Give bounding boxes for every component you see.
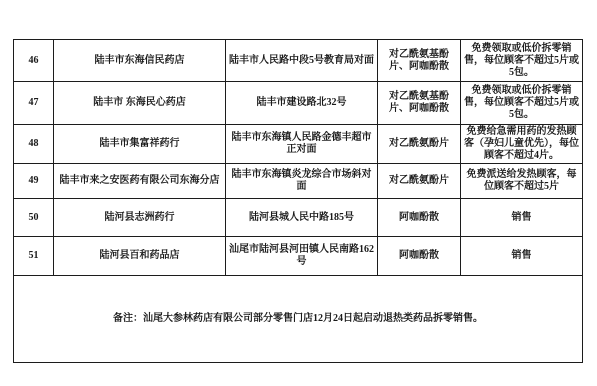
- drug-cell: 阿咖酚散: [378, 199, 461, 237]
- table-row: 50 陆河县志洲药行 陆河县城人民中路185号 阿咖酚散 销售: [14, 199, 583, 237]
- table-row: 48 陆丰市集富祥药行 陆丰市东海镇人民路金德丰超市正对面 对乙酰氨酚片 免费给…: [14, 125, 583, 164]
- drug-cell: 对乙酰氨基酚片、阿咖酚散: [378, 82, 461, 125]
- pharmacy-name-cell: 陆丰市集富祥药行: [54, 125, 226, 164]
- address-cell: 陆丰市人民路中段5号教育局对面: [226, 40, 378, 82]
- sales-cell: 免费给急需用药的发热顾客（孕妇儿童优先），每位顾客不超过4片。: [461, 125, 583, 164]
- note-row: 备注：汕尾大参林药店有限公司部分零售门店12月24日起启动退热类药品拆零销售。: [14, 276, 583, 363]
- address-cell: 陆丰市建设路北32号: [226, 82, 378, 125]
- pharmacy-name-cell: 陆河县志洲药行: [54, 199, 226, 237]
- pharmacy-name-cell: 陆河县百和药品店: [54, 237, 226, 276]
- row-index-cell: 49: [14, 164, 54, 199]
- drug-cell: 对乙酰氨酚片: [378, 164, 461, 199]
- row-index-cell: 50: [14, 199, 54, 237]
- pharmacy-name-cell: 陆丰市东海信民药店: [54, 40, 226, 82]
- sales-cell: 免费领取或低价拆零销售，每位顾客不超过5片或5包。: [461, 40, 583, 82]
- pharmacy-name-cell: 陆丰市来之安医药有限公司东海分店: [54, 164, 226, 199]
- drug-cell: 阿咖酚散: [378, 237, 461, 276]
- pharmacy-name-cell: 陆丰市 东海民心药店: [54, 82, 226, 125]
- table-row: 51 陆河县百和药品店 汕尾市陆河县河田镇人民南路162号 阿咖酚散 销售: [14, 237, 583, 276]
- sales-cell: 免费派送给发热顾客，每位顾客不超过5片: [461, 164, 583, 199]
- sales-cell: 销售: [461, 237, 583, 276]
- sales-cell: 免费领取或低价拆零销售，每位顾客不超过5片或5包。: [461, 82, 583, 125]
- table-row: 46 陆丰市东海信民药店 陆丰市人民路中段5号教育局对面 对乙酰氨基酚片、阿咖酚…: [14, 40, 583, 82]
- address-cell: 陆丰市东海镇人民路金德丰超市正对面: [226, 125, 378, 164]
- row-index-cell: 46: [14, 40, 54, 82]
- note-cell: 备注：汕尾大参林药店有限公司部分零售门店12月24日起启动退热类药品拆零销售。: [14, 276, 583, 363]
- address-cell: 陆丰市东海镇炎龙综合市场斜对面: [226, 164, 378, 199]
- address-cell: 汕尾市陆河县河田镇人民南路162号: [226, 237, 378, 276]
- pharmacy-table: 46 陆丰市东海信民药店 陆丰市人民路中段5号教育局对面 对乙酰氨基酚片、阿咖酚…: [13, 39, 583, 363]
- address-cell: 陆河县城人民中路185号: [226, 199, 378, 237]
- row-index-cell: 51: [14, 237, 54, 276]
- document-page: 46 陆丰市东海信民药店 陆丰市人民路中段5号教育局对面 对乙酰氨基酚片、阿咖酚…: [0, 0, 597, 386]
- drug-cell: 对乙酰氨酚片: [378, 125, 461, 164]
- sales-cell: 销售: [461, 199, 583, 237]
- drug-cell: 对乙酰氨基酚片、阿咖酚散: [378, 40, 461, 82]
- row-index-cell: 47: [14, 82, 54, 125]
- table-row: 47 陆丰市 东海民心药店 陆丰市建设路北32号 对乙酰氨基酚片、阿咖酚散 免费…: [14, 82, 583, 125]
- row-index-cell: 48: [14, 125, 54, 164]
- table-row: 49 陆丰市来之安医药有限公司东海分店 陆丰市东海镇炎龙综合市场斜对面 对乙酰氨…: [14, 164, 583, 199]
